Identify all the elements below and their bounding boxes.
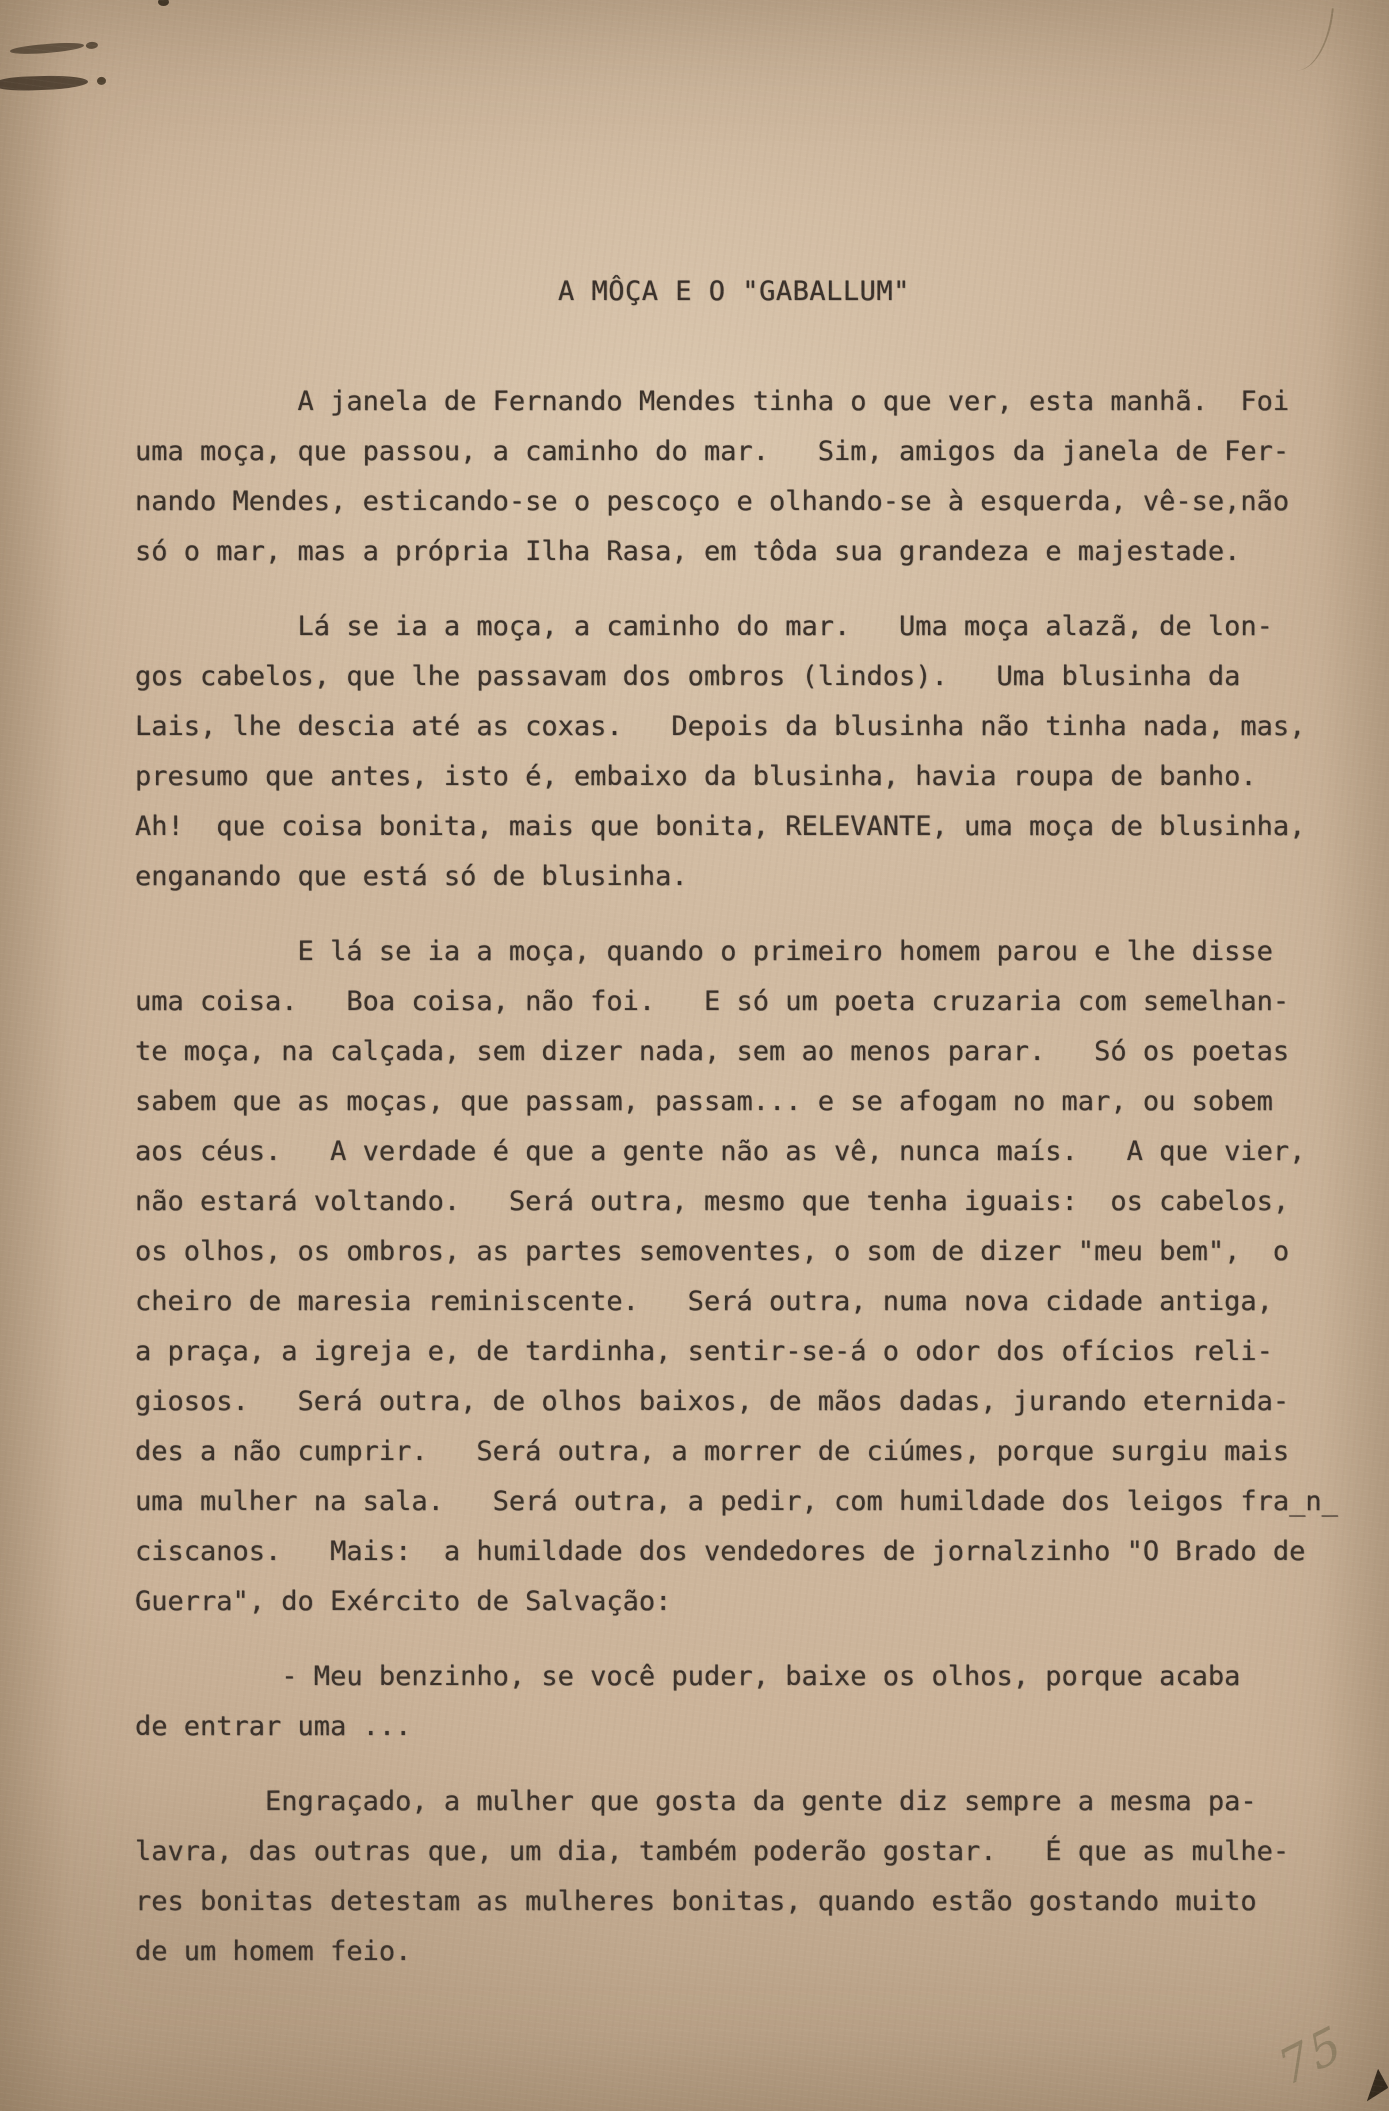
paper-speck: [158, 0, 169, 6]
text-line: te moça, na calçada, sem dizer nada, sem…: [135, 1027, 1345, 1077]
text-line: A janela de Fernando Mendes tinha o que …: [135, 377, 1345, 427]
paper-fiber: [1292, 4, 1334, 74]
text-line: Lá se ia a moça, a caminho do mar. Uma m…: [135, 602, 1345, 652]
typewritten-text: A janela de Fernando Mendes tinha o que …: [135, 352, 1345, 1977]
text-line: Engraçado, a mulher que gosta da gente d…: [135, 1777, 1345, 1827]
paper-scratch: [0, 74, 88, 91]
text-line: E lá se ia a moça, quando o primeiro hom…: [135, 927, 1345, 977]
text-line: des a não cumprir. Será outra, a morrer …: [135, 1427, 1345, 1477]
text-line: res bonitas detestam as mulheres bonitas…: [135, 1877, 1345, 1927]
text-line: presumo que antes, isto é, embaixo da bl…: [135, 752, 1345, 802]
text-line: uma mulher na sala. Será outra, a pedir,…: [135, 1477, 1345, 1527]
text-line: gos cabelos, que lhe passavam dos ombros…: [135, 652, 1345, 702]
text-line: não estará voltando. Será outra, mesmo q…: [135, 1177, 1345, 1227]
document-page: A MÔÇA E O "GABALLUM" A janela de Fernan…: [0, 0, 1389, 2111]
text-line: nando Mendes, esticando-se o pescoço e o…: [135, 477, 1345, 527]
text-line: sabem que as moças, que passam, passam..…: [135, 1077, 1345, 1127]
text-line: uma moça, que passou, a caminho do mar. …: [135, 427, 1345, 477]
text-line: Ah! que coisa bonita, mais que bonita, R…: [135, 802, 1345, 852]
text-line: Guerra", do Exército de Salvação:: [135, 1577, 1345, 1627]
text-line: ciscanos. Mais: a humildade dos vendedor…: [135, 1527, 1345, 1577]
paper-scratch: [10, 41, 84, 55]
text-line: a praça, a igreja e, de tardinha, sentir…: [135, 1327, 1345, 1377]
text-line: de entrar uma ...: [135, 1702, 1345, 1752]
text-line: os olhos, os ombros, as partes semovente…: [135, 1227, 1345, 1277]
text-line: só o mar, mas a própria Ilha Rasa, em tô…: [135, 527, 1345, 577]
page-number-handwritten: 75: [1272, 2014, 1352, 2097]
text-line: lavra, das outras que, um dia, também po…: [135, 1827, 1345, 1877]
text-line: enganando que está só de blusinha.: [135, 852, 1345, 902]
corner-mark: [1362, 2069, 1389, 2107]
text-line: cheiro de maresia reminiscente. Será out…: [135, 1277, 1345, 1327]
text-line: uma coisa. Boa coisa, não foi. E só um p…: [135, 977, 1345, 1027]
text-line: de um homem feio.: [135, 1927, 1345, 1977]
text-line: - Meu benzinho, se você puder, baixe os …: [135, 1652, 1345, 1702]
text-line: aos céus. A verdade é que a gente não as…: [135, 1127, 1345, 1177]
text-line: giosos. Será outra, de olhos baixos, de …: [135, 1377, 1345, 1427]
page-title: A MÔÇA E O "GABALLUM": [558, 276, 910, 307]
text-line: Lais, lhe descia até as coxas. Depois da…: [135, 702, 1345, 752]
